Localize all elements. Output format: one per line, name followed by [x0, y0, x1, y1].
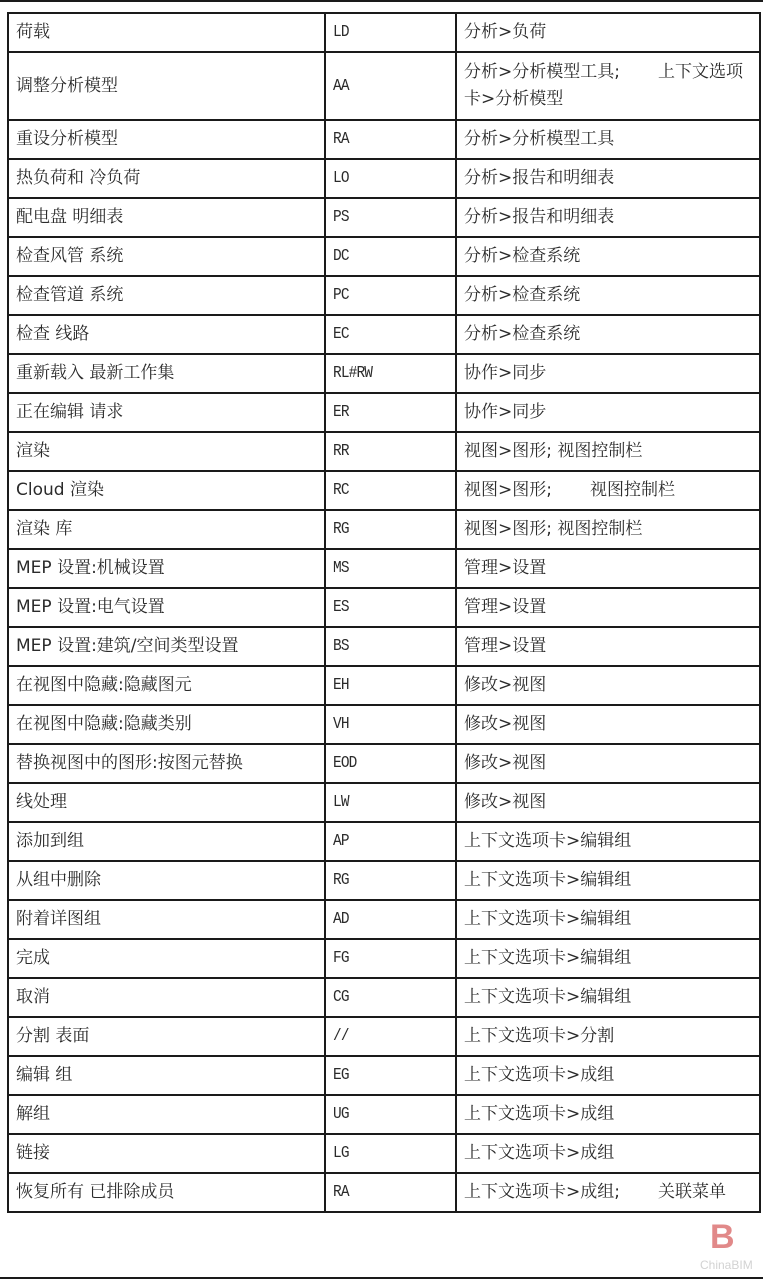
location-cell: 上下文选项卡>编辑组 [456, 822, 760, 861]
command-cell: 在视图中隐藏:隐藏图元 [8, 666, 325, 705]
shortcut-cell: RA [325, 1173, 456, 1212]
location-cell: 修改>视图 [456, 705, 760, 744]
shortcut-text: EH [333, 672, 349, 699]
command-cell: 渲染 库 [8, 510, 325, 549]
location-part: 关联菜单 [658, 1182, 726, 1202]
command-cell: Cloud 渲染 [8, 471, 325, 510]
shortcut-text: RR [333, 438, 349, 465]
table-row: 调整分析模型 AA 分析>分析模型工具;上下文选项卡>分析模型 [8, 52, 760, 120]
shortcut-cell: EG [325, 1056, 456, 1095]
command-cell: 荷载 [8, 13, 325, 52]
shortcut-text: RA [333, 1179, 349, 1206]
shortcut-text: EG [333, 1062, 349, 1089]
shortcut-cell: EH [325, 666, 456, 705]
shortcut-cell: ES [325, 588, 456, 627]
shortcut-cell: LW [325, 783, 456, 822]
command-cell: MEP 设置:机械设置 [8, 549, 325, 588]
shortcut-text: AA [333, 73, 349, 100]
bottom-rule [0, 1277, 763, 1279]
shortcut-text: MS [333, 555, 349, 582]
shortcut-cell: // [325, 1017, 456, 1056]
shortcut-text: AP [333, 828, 349, 855]
command-cell: 链接 [8, 1134, 325, 1173]
location-cell: 修改>视图 [456, 783, 760, 822]
location-cell: 修改>视图 [456, 666, 760, 705]
shortcut-cell: DC [325, 237, 456, 276]
command-cell: 完成 [8, 939, 325, 978]
location-cell: 管理>设置 [456, 627, 760, 666]
shortcut-text: LW [333, 789, 349, 816]
shortcut-text: ER [333, 399, 349, 426]
shortcut-text: VH [333, 711, 349, 738]
table-row: 重新载入 最新工作集 RL#RW 协作>同步 [8, 354, 760, 393]
table-row: 分割 表面 // 上下文选项卡>分割 [8, 1017, 760, 1056]
command-cell: 解组 [8, 1095, 325, 1134]
shortcut-cell: LO [325, 159, 456, 198]
command-cell: 检查管道 系统 [8, 276, 325, 315]
table-row: 从组中删除 RG 上下文选项卡>编辑组 [8, 861, 760, 900]
table-row: Cloud 渲染 RC 视图>图形;视图控制栏 [8, 471, 760, 510]
shortcut-cell: PS [325, 198, 456, 237]
watermark-logo-icon: B [710, 1218, 735, 1257]
shortcut-text: RG [333, 867, 349, 894]
shortcut-cell: CG [325, 978, 456, 1017]
table-row: 线处理 LW 修改>视图 [8, 783, 760, 822]
shortcut-text: RC [333, 477, 349, 504]
shortcut-text: UG [333, 1101, 349, 1128]
table-row: 添加到组 AP 上下文选项卡>编辑组 [8, 822, 760, 861]
shortcut-cell: BS [325, 627, 456, 666]
shortcut-text: BS [333, 633, 349, 660]
location-cell: 视图>图形; 视图控制栏 [456, 432, 760, 471]
command-cell: 从组中删除 [8, 861, 325, 900]
table-row: 检查 线路 EC 分析>检查系统 [8, 315, 760, 354]
command-cell: 重设分析模型 [8, 120, 325, 159]
location-cell: 上下文选项卡>分割 [456, 1017, 760, 1056]
location-cell: 协作>同步 [456, 393, 760, 432]
shortcut-cell: RG [325, 510, 456, 549]
command-cell: 替换视图中的图形:按图元替换 [8, 744, 325, 783]
table-row: 替换视图中的图形:按图元替换 EOD 修改>视图 [8, 744, 760, 783]
location-part: 上下文选项卡>成组; [464, 1182, 620, 1202]
shortcut-cell: AA [325, 52, 456, 120]
location-part: 视图>图形; [464, 480, 552, 500]
shortcut-cell: EOD [325, 744, 456, 783]
table-row: 重设分析模型 RA 分析>分析模型工具 [8, 120, 760, 159]
location-cell: 修改>视图 [456, 744, 760, 783]
table-row: 在视图中隐藏:隐藏类别 VH 修改>视图 [8, 705, 760, 744]
location-cell: 管理>设置 [456, 588, 760, 627]
shortcut-cell: AD [325, 900, 456, 939]
shortcut-cell: LD [325, 13, 456, 52]
table-row: 附着详图组 AD 上下文选项卡>编辑组 [8, 900, 760, 939]
table-row: 渲染 库 RG 视图>图形; 视图控制栏 [8, 510, 760, 549]
command-cell: 分割 表面 [8, 1017, 325, 1056]
table-row: MEP 设置:电气设置 ES 管理>设置 [8, 588, 760, 627]
location-cell: 分析>负荷 [456, 13, 760, 52]
shortcut-text: LD [333, 19, 349, 46]
command-cell: 热负荷和 冷负荷 [8, 159, 325, 198]
table-row: 检查管道 系统 PC 分析>检查系统 [8, 276, 760, 315]
shortcut-text: RL#RW [333, 360, 372, 387]
shortcut-text: RA [333, 126, 349, 153]
shortcut-text: EOD [333, 750, 356, 777]
location-part: 视图控制栏 [590, 480, 675, 500]
location-cell: 视图>图形; 视图控制栏 [456, 510, 760, 549]
command-cell: 附着详图组 [8, 900, 325, 939]
location-part: 分析>分析模型工具; [464, 62, 620, 82]
watermark-text: ChinaBIM [700, 1258, 753, 1272]
location-cell: 协作>同步 [456, 354, 760, 393]
location-cell: 分析>分析模型工具;上下文选项卡>分析模型 [456, 52, 760, 120]
location-cell: 分析>报告和明细表 [456, 198, 760, 237]
table-row: 配电盘 明细表 PS 分析>报告和明细表 [8, 198, 760, 237]
table-row: 编辑 组 EG 上下文选项卡>成组 [8, 1056, 760, 1095]
location-cell: 管理>设置 [456, 549, 760, 588]
command-cell: 正在编辑 请求 [8, 393, 325, 432]
table-row: 检查风管 系统 DC 分析>检查系统 [8, 237, 760, 276]
command-cell: 调整分析模型 [8, 52, 325, 120]
shortcut-cell: AP [325, 822, 456, 861]
table-row: 渲染 RR 视图>图形; 视图控制栏 [8, 432, 760, 471]
shortcut-text: FG [333, 945, 349, 972]
shortcut-table: 荷载 LD 分析>负荷 调整分析模型 AA 分析>分析模型工具;上下文选项卡>分… [7, 12, 761, 1213]
shortcut-cell: MS [325, 549, 456, 588]
location-cell: 分析>分析模型工具 [456, 120, 760, 159]
shortcut-cell: RA [325, 120, 456, 159]
command-cell: 线处理 [8, 783, 325, 822]
location-cell: 上下文选项卡>成组 [456, 1056, 760, 1095]
location-cell: 上下文选项卡>编辑组 [456, 978, 760, 1017]
shortcut-cell: RL#RW [325, 354, 456, 393]
shortcut-cell: LG [325, 1134, 456, 1173]
shortcut-cell: UG [325, 1095, 456, 1134]
shortcut-text: DC [333, 243, 349, 270]
command-cell: 恢复所有 已排除成员 [8, 1173, 325, 1212]
location-cell: 上下文选项卡>成组 [456, 1095, 760, 1134]
shortcut-text: PC [333, 282, 349, 309]
shortcut-text: LO [333, 165, 349, 192]
table-row: 在视图中隐藏:隐藏图元 EH 修改>视图 [8, 666, 760, 705]
table-row: 恢复所有 已排除成员 RA 上下文选项卡>成组;关联菜单 [8, 1173, 760, 1212]
shortcut-text: ES [333, 594, 349, 621]
shortcut-cell: FG [325, 939, 456, 978]
shortcut-text: RG [333, 516, 349, 543]
command-cell: 添加到组 [8, 822, 325, 861]
location-cell: 分析>报告和明细表 [456, 159, 760, 198]
location-cell: 视图>图形;视图控制栏 [456, 471, 760, 510]
location-cell: 分析>检查系统 [456, 237, 760, 276]
location-cell: 分析>检查系统 [456, 276, 760, 315]
shortcut-text: EC [333, 321, 349, 348]
table-row: MEP 设置:机械设置 MS 管理>设置 [8, 549, 760, 588]
table-row: MEP 设置:建筑/空间类型设置 BS 管理>设置 [8, 627, 760, 666]
table-row: 热负荷和 冷负荷 LO 分析>报告和明细表 [8, 159, 760, 198]
shortcut-text: LG [333, 1140, 349, 1167]
shortcut-text: AD [333, 906, 349, 933]
table-row: 完成 FG 上下文选项卡>编辑组 [8, 939, 760, 978]
shortcut-cell: RR [325, 432, 456, 471]
shortcut-cell: RC [325, 471, 456, 510]
location-cell: 分析>检查系统 [456, 315, 760, 354]
command-cell: 取消 [8, 978, 325, 1017]
shortcut-text: PS [333, 204, 349, 231]
command-cell: 检查风管 系统 [8, 237, 325, 276]
command-cell: 在视图中隐藏:隐藏类别 [8, 705, 325, 744]
command-cell: 配电盘 明细表 [8, 198, 325, 237]
shortcut-text: CG [333, 984, 349, 1011]
chinabim-watermark: B ChinaBIM [700, 1218, 760, 1276]
command-cell: MEP 设置:建筑/空间类型设置 [8, 627, 325, 666]
table-row: 荷载 LD 分析>负荷 [8, 13, 760, 52]
location-cell: 上下文选项卡>成组 [456, 1134, 760, 1173]
location-cell: 上下文选项卡>编辑组 [456, 861, 760, 900]
shortcut-cell: PC [325, 276, 456, 315]
command-cell: MEP 设置:电气设置 [8, 588, 325, 627]
command-cell: 重新载入 最新工作集 [8, 354, 325, 393]
location-cell: 上下文选项卡>编辑组 [456, 939, 760, 978]
table-row: 正在编辑 请求 ER 协作>同步 [8, 393, 760, 432]
shortcut-cell: EC [325, 315, 456, 354]
location-cell: 上下文选项卡>成组;关联菜单 [456, 1173, 760, 1212]
table-row: 取消 CG 上下文选项卡>编辑组 [8, 978, 760, 1017]
command-cell: 检查 线路 [8, 315, 325, 354]
shortcut-cell: RG [325, 861, 456, 900]
top-rule [0, 0, 763, 2]
shortcut-cell: VH [325, 705, 456, 744]
shortcut-cell: ER [325, 393, 456, 432]
shortcut-text: // [333, 1023, 349, 1050]
location-cell: 上下文选项卡>编辑组 [456, 900, 760, 939]
table-row: 解组 UG 上下文选项卡>成组 [8, 1095, 760, 1134]
table-row: 链接 LG 上下文选项卡>成组 [8, 1134, 760, 1173]
command-cell: 编辑 组 [8, 1056, 325, 1095]
command-cell: 渲染 [8, 432, 325, 471]
